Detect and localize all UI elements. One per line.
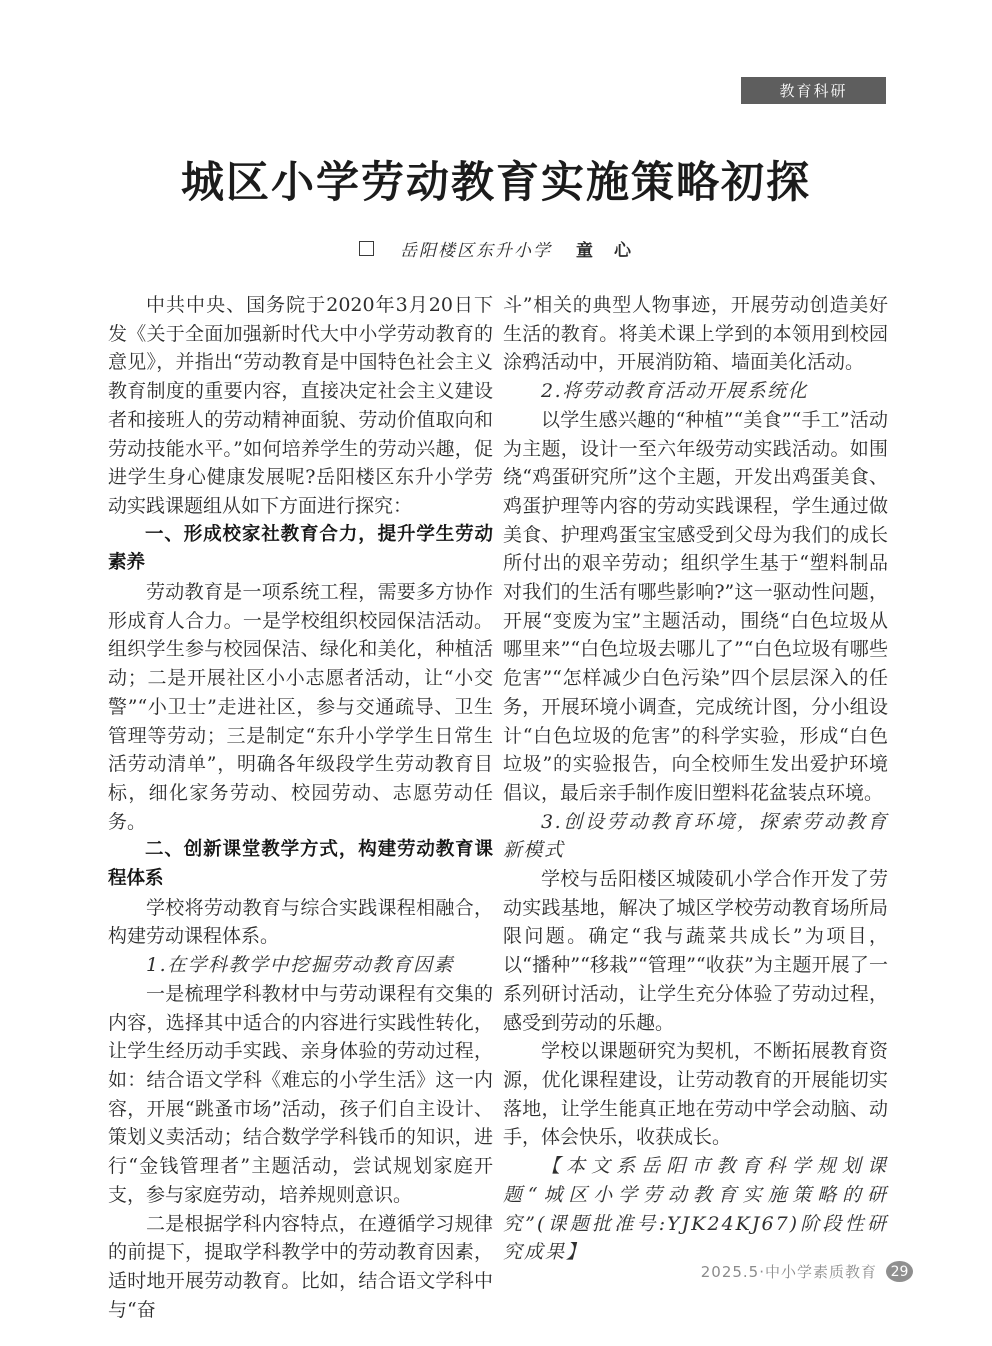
fund-note: 【本文系岳阳市教育科学规划课题“城区小学劳动教育实施策略的研究”(课题批准号:Y… xyxy=(503,1152,888,1267)
section-1-paragraph: 劳动教育是一项系统工程，需要多方协作形成育人合力。一是学校组织校园保洁活动。组织… xyxy=(108,578,493,836)
subsection-2-heading: 2.将劳动教育活动开展系统化 xyxy=(503,377,888,406)
column-right: 斗”相关的典型人物事迹，开展劳动创造美好生活的教育。将美术课上学到的本领用到校园… xyxy=(503,291,888,1255)
subsection-1-heading: 1.在学科教学中挖掘劳动教育因素 xyxy=(108,951,493,980)
article-columns: 中共中央、国务院于2020年3月20日下发《关于全面加强新时代大中小学劳动教育的… xyxy=(108,291,888,1255)
subsection-3-paragraph: 学校与岳阳楼区城陵矶小学合作开发了劳动实践基地，解决了城区学校劳动教育场所局限问… xyxy=(503,865,888,1037)
journal-issue-text: 2025.5·中小学素质教育 xyxy=(701,1261,877,1282)
author-square-icon xyxy=(359,241,374,256)
category-badge-label: 教育科研 xyxy=(779,80,847,101)
section-1-heading: 一、形成校家社教育合力，提升学生劳动素养 xyxy=(108,521,493,578)
page-number-badge: 29 xyxy=(886,1261,913,1282)
column-left: 中共中央、国务院于2020年3月20日下发《关于全面加强新时代大中小学劳动教育的… xyxy=(108,291,493,1255)
subsection-1-paragraph-a: 一是梳理学科教材中与劳动课程有交集的内容，选择其中适合的内容进行实践性转化，让学… xyxy=(108,980,493,1210)
byline: 岳阳楼区东升小学 童 心 xyxy=(0,236,992,261)
subsection-3-heading: 3.创设劳动教育环境，探索劳动教育新模式 xyxy=(503,808,888,865)
author-name: 童 心 xyxy=(576,236,633,261)
journal-page: 教育科研 城区小学劳动教育实施策略初探 岳阳楼区东升小学 童 心 中共中央、国务… xyxy=(0,0,992,1346)
conclusion-paragraph: 学校以课题研究为契机，不断拓展教育资源，优化课程建设，让劳动教育的开展能切实落地… xyxy=(503,1037,888,1152)
section-2-heading: 二、创新课堂教学方式，构建劳动教育课程体系 xyxy=(108,836,493,893)
author-affiliation: 岳阳楼区东升小学 xyxy=(400,236,552,261)
subsection-1-paragraph-b: 二是根据学科内容特点，在遵循学习规律的前提下，提取学科教学中的劳动教育因素，适时… xyxy=(108,1210,493,1325)
article-title: 城区小学劳动教育实施策略初探 xyxy=(0,158,992,210)
page-footer: 2025.5·中小学素质教育 29 xyxy=(701,1261,913,1282)
subsection-1-paragraph-b-continuation: 斗”相关的典型人物事迹，开展劳动创造美好生活的教育。将美术课上学到的本领用到校园… xyxy=(503,291,888,377)
category-badge: 教育科研 xyxy=(741,77,886,104)
intro-paragraph: 中共中央、国务院于2020年3月20日下发《关于全面加强新时代大中小学劳动教育的… xyxy=(108,291,493,521)
section-2-paragraph: 学校将劳动教育与综合实践课程相融合，构建劳动课程体系。 xyxy=(108,894,493,951)
subsection-2-paragraph: 以学生感兴趣的“种植”“美食”“手工”活动为主题，设计一至六年级劳动实践活动。如… xyxy=(503,406,888,808)
